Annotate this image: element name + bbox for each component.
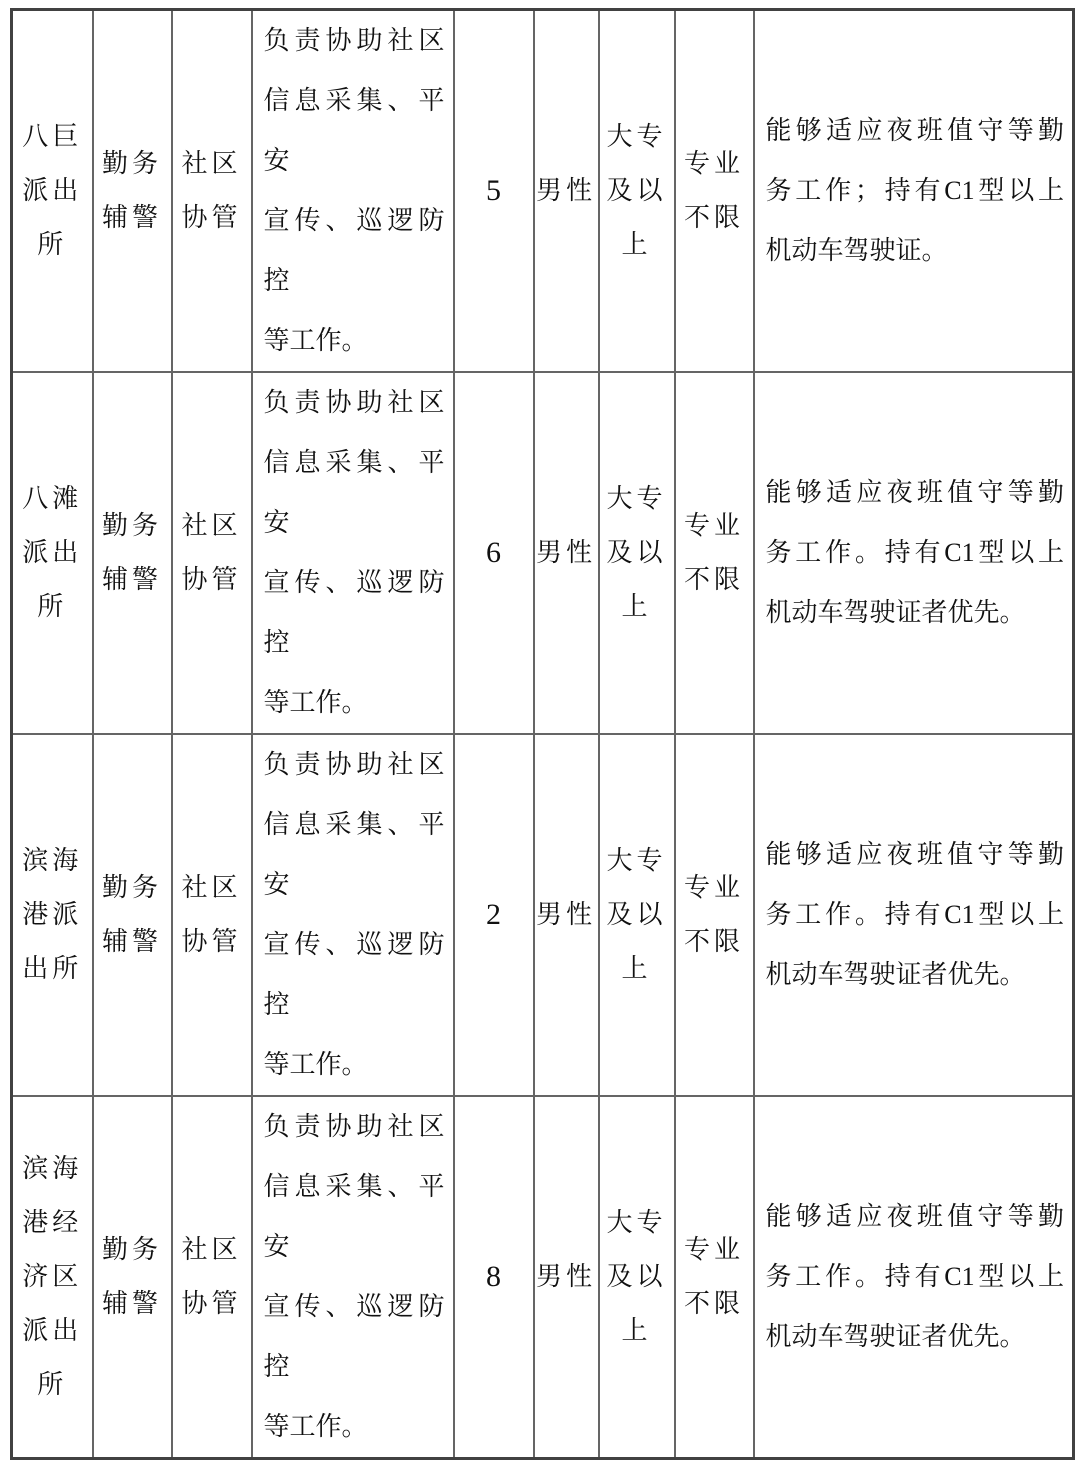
cell-duties: 负责协助社区信息采集、平安宣传、巡逻防控等工作。 [252, 734, 454, 1096]
cell-duties: 负责协助社区信息采集、平安宣传、巡逻防控等工作。 [252, 372, 454, 734]
text-line: 宣传、巡逻防控 [264, 553, 445, 673]
text-line: 能够适应夜班值守等勤 [766, 463, 1065, 523]
cell-gender: 男性 [534, 734, 599, 1096]
cell-duties: 负责协助社区信息采集、平安宣传、巡逻防控等工作。 [252, 1096, 454, 1459]
cell-requirements: 能够适应夜班值守等勤务工作。持有C1型以上机动车驾驶证者优先。 [754, 372, 1074, 734]
text-line: 等工作。 [264, 1035, 445, 1095]
cell-major: 专业 不限 [675, 372, 754, 734]
cell-requirements: 能够适应夜班值守等勤务工作；持有C1型以上机动车驾驶证。 [754, 10, 1074, 373]
text-line: 宣传、巡逻防控 [264, 191, 445, 311]
text-line: 机动车驾驶证者优先。 [766, 945, 1065, 1005]
cell-gender: 男性 [534, 372, 599, 734]
text-line: 等工作。 [264, 1397, 445, 1457]
cell-count: 6 [454, 372, 534, 734]
cell-education: 大专 及以 上 [599, 10, 675, 373]
text-line: 信息采集、平安 [264, 71, 445, 191]
text-line: 负责协助社区 [264, 11, 445, 71]
text-line: 机动车驾驶证者优先。 [766, 1307, 1065, 1367]
cell-education: 大专 及以 上 [599, 1096, 675, 1459]
text-line: 宣传、巡逻防控 [264, 915, 445, 1035]
cell-requirements: 能够适应夜班值守等勤务工作。持有C1型以上机动车驾驶证者优先。 [754, 734, 1074, 1096]
cell-position-type: 勤务 辅警 [93, 734, 172, 1096]
cell-category: 社区 协管 [172, 10, 252, 373]
table-row: 八滩 派出 所 勤务 辅警 社区 协管 负责协助社区信息采集、平安宣传、巡逻防控… [12, 372, 1074, 734]
text-line: 等工作。 [264, 673, 445, 733]
text-line: 负责协助社区 [264, 735, 445, 795]
cell-gender: 男性 [534, 1096, 599, 1459]
text-line: 负责协助社区 [264, 1097, 445, 1157]
text-line: 能够适应夜班值守等勤 [766, 1187, 1065, 1247]
text-line: 宣传、巡逻防控 [264, 1277, 445, 1397]
table-row: 八巨 派出 所 勤务 辅警 社区 协管 负责协助社区信息采集、平安宣传、巡逻防控… [12, 10, 1074, 373]
cell-major: 专业 不限 [675, 734, 754, 1096]
text-line: 机动车驾驶证者优先。 [766, 583, 1065, 643]
cell-unit: 滨海 港派 出所 [12, 734, 93, 1096]
cell-unit: 八滩 派出 所 [12, 372, 93, 734]
cell-major: 专业 不限 [675, 10, 754, 373]
cell-count: 5 [454, 10, 534, 373]
text-line: 务工作。持有C1型以上 [766, 523, 1065, 583]
text-line: 信息采集、平安 [264, 1157, 445, 1277]
cell-duties: 负责协助社区信息采集、平安宣传、巡逻防控等工作。 [252, 10, 454, 373]
table-row: 滨海 港经 济区 派出 所 勤务 辅警 社区 协管 负责协助社区信息采集、平安宣… [12, 1096, 1074, 1459]
cell-category: 社区 协管 [172, 1096, 252, 1459]
cell-count: 2 [454, 734, 534, 1096]
text-line: 务工作。持有C1型以上 [766, 885, 1065, 945]
text-line: 务工作；持有C1型以上 [766, 161, 1065, 221]
cell-education: 大专 及以 上 [599, 372, 675, 734]
recruitment-table: 八巨 派出 所 勤务 辅警 社区 协管 负责协助社区信息采集、平安宣传、巡逻防控… [10, 8, 1075, 1460]
text-line: 信息采集、平安 [264, 795, 445, 915]
text-line: 务工作。持有C1型以上 [766, 1247, 1065, 1307]
text-line: 等工作。 [264, 311, 445, 371]
document-page: 八巨 派出 所 勤务 辅警 社区 协管 负责协助社区信息采集、平安宣传、巡逻防控… [0, 0, 1080, 1275]
cell-major: 专业 不限 [675, 1096, 754, 1459]
cell-count: 8 [454, 1096, 534, 1459]
cell-position-type: 勤务 辅警 [93, 1096, 172, 1459]
cell-position-type: 勤务 辅警 [93, 10, 172, 373]
text-line: 信息采集、平安 [264, 433, 445, 553]
text-line: 机动车驾驶证。 [766, 221, 1065, 281]
cell-education: 大专 及以 上 [599, 734, 675, 1096]
text-line: 能够适应夜班值守等勤 [766, 101, 1065, 161]
table-row: 滨海 港派 出所 勤务 辅警 社区 协管 负责协助社区信息采集、平安宣传、巡逻防… [12, 734, 1074, 1096]
text-line: 能够适应夜班值守等勤 [766, 825, 1065, 885]
cell-category: 社区 协管 [172, 372, 252, 734]
cell-unit: 八巨 派出 所 [12, 10, 93, 373]
text-line: 负责协助社区 [264, 373, 445, 433]
cell-requirements: 能够适应夜班值守等勤务工作。持有C1型以上机动车驾驶证者优先。 [754, 1096, 1074, 1459]
cell-position-type: 勤务 辅警 [93, 372, 172, 734]
cell-category: 社区 协管 [172, 734, 252, 1096]
cell-gender: 男性 [534, 10, 599, 373]
cell-unit: 滨海 港经 济区 派出 所 [12, 1096, 93, 1459]
